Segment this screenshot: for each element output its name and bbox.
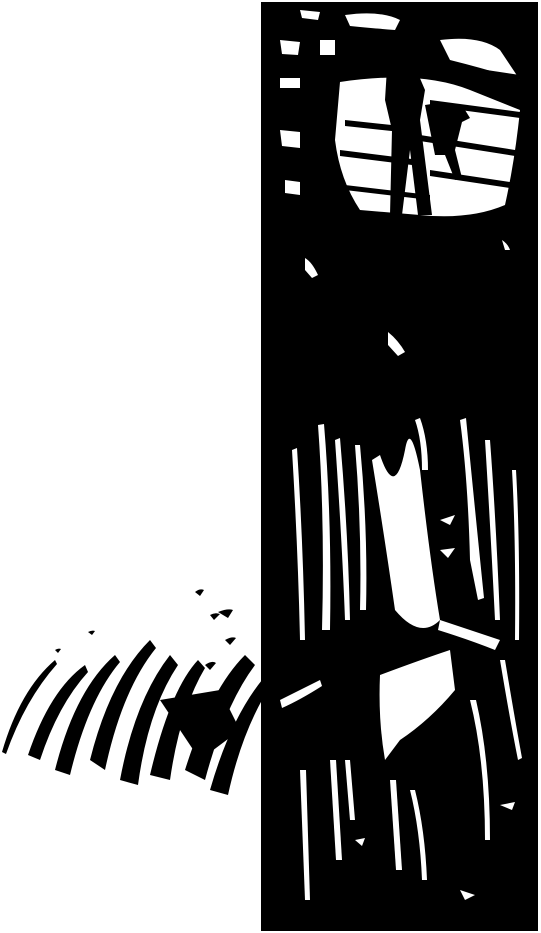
woodcut-illustration bbox=[0, 0, 541, 933]
sweeping-grass-strokes bbox=[2, 589, 262, 795]
